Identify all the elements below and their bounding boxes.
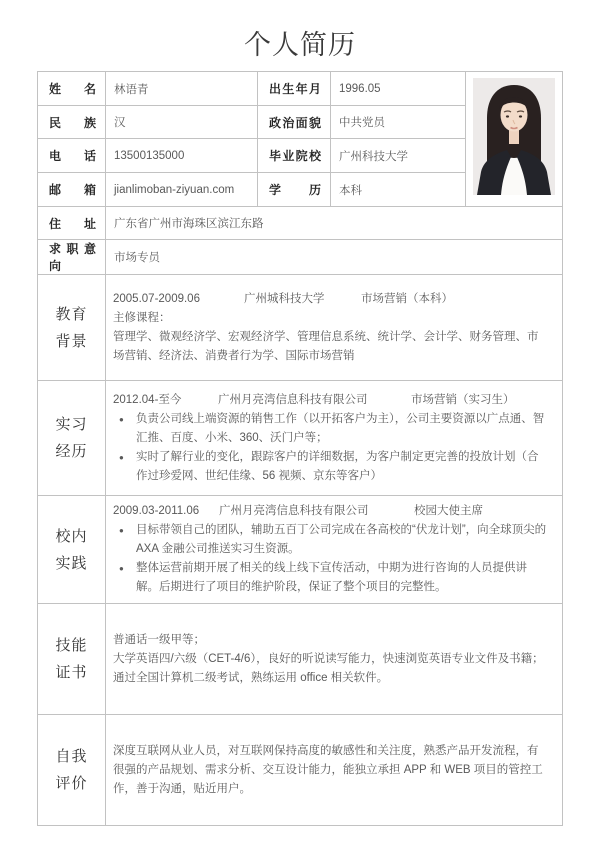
birth-label-cell: 出生年月 bbox=[258, 72, 331, 106]
section-skills: 技能 证书 普通话一级甲等； 大学英语四/六级（CET-4/6），良好的听说读写… bbox=[38, 604, 563, 715]
school-label-cell: 毕业院校 bbox=[258, 139, 331, 173]
birth-value: 1996.05 bbox=[331, 72, 466, 106]
email-label: 邮箱 bbox=[49, 181, 96, 198]
section-self-evaluation: 自我 评价 深度互联网从业人员，对互联网保持高度的敏感性和关注度，熟悉产品开发流… bbox=[38, 715, 563, 826]
self-evaluation-section-label: 自我 评价 bbox=[38, 715, 106, 826]
campus-label-line2: 实践 bbox=[38, 550, 105, 577]
internship-section-label: 实习 经历 bbox=[38, 381, 106, 496]
internship-role: 市场营销（实习生） bbox=[411, 391, 515, 410]
education-courses-title: 主修课程： bbox=[113, 309, 548, 328]
campus-role: 校园大使主席 bbox=[414, 502, 483, 521]
phone-label-cell: 电话 bbox=[38, 139, 106, 173]
address-label-cell: 住址 bbox=[38, 207, 106, 240]
phone-value: 13500135000 bbox=[106, 139, 258, 173]
self-evaluation-label-line1: 自我 bbox=[38, 743, 105, 770]
campus-header: 2009.03-2011.06广州月亮湾信息科技有限公司校园大使主席 bbox=[113, 502, 548, 521]
ethnicity-value: 汉 bbox=[106, 106, 258, 139]
self-evaluation-content: 深度互联网从业人员，对互联网保持高度的敏感性和关注度，熟悉产品开发流程，有很强的… bbox=[106, 715, 563, 826]
table-row: 姓名 林语青 出生年月 1996.05 bbox=[38, 72, 563, 106]
internship-label-line1: 实习 bbox=[38, 411, 105, 438]
internship-bullet: 负责公司线上端资源的销售工作（以开拓客户为主），公司主要资源以广点通、智汇推、百… bbox=[113, 410, 548, 448]
self-evaluation-text: 深度互联网从业人员，对互联网保持高度的敏感性和关注度，熟悉产品开发流程，有很强的… bbox=[113, 742, 548, 799]
education-label-line1: 教育 bbox=[38, 301, 105, 328]
skills-label-line2: 证书 bbox=[38, 659, 105, 686]
internship-header: 2012.04-至今广州月亮湾信息科技有限公司市场营销（实习生） bbox=[113, 391, 548, 410]
degree-value: 本科 bbox=[331, 173, 466, 207]
email-value: jianlimoban-ziyuan.com bbox=[106, 173, 258, 207]
education-section-label: 教育 背景 bbox=[38, 275, 106, 381]
campus-label-line1: 校内 bbox=[38, 523, 105, 550]
page-title: 个人简历 bbox=[0, 0, 600, 60]
skills-section-label: 技能 证书 bbox=[38, 604, 106, 715]
profile-photo bbox=[473, 78, 555, 195]
campus-bullet: 目标带领自己的团队，辅助五百丁公司完成在各高校的“伏龙计划”，向全球顶尖的 AX… bbox=[113, 521, 548, 559]
ethnicity-label-cell: 民族 bbox=[38, 106, 106, 139]
internship-label-line2: 经历 bbox=[38, 438, 105, 465]
ethnicity-label: 民族 bbox=[49, 114, 96, 131]
political-label-cell: 政治面貌 bbox=[258, 106, 331, 139]
internship-bullet: 实时了解行业的变化，跟踪客户的详细数据，为客户制定更完善的投放计划（合作过珍爱网… bbox=[113, 448, 548, 486]
birth-label: 出生年月 bbox=[269, 80, 321, 97]
education-period: 2005.07-2009.06 bbox=[113, 290, 244, 309]
section-campus: 校内 实践 2009.03-2011.06广州月亮湾信息科技有限公司校园大使主席… bbox=[38, 496, 563, 604]
table-row: 求职意向 市场专员 bbox=[38, 240, 563, 275]
school-label: 毕业院校 bbox=[269, 147, 321, 164]
name-value: 林语青 bbox=[106, 72, 258, 106]
objective-label: 求职意向 bbox=[49, 240, 96, 274]
education-major: 市场营销（本科） bbox=[361, 290, 453, 309]
education-content: 2005.07-2009.06广州城科技大学市场营销（本科） 主修课程： 管理学… bbox=[106, 275, 563, 381]
skills-line: 通过全国计算机二级考试，熟练运用 office 相关软件。 bbox=[113, 669, 548, 688]
section-internship: 实习 经历 2012.04-至今广州月亮湾信息科技有限公司市场营销（实习生） 负… bbox=[38, 381, 563, 496]
education-school: 广州城科技大学 bbox=[244, 290, 361, 309]
internship-content: 2012.04-至今广州月亮湾信息科技有限公司市场营销（实习生） 负责公司线上端… bbox=[106, 381, 563, 496]
objective-value: 市场专员 bbox=[106, 240, 563, 275]
phone-label: 电话 bbox=[49, 147, 96, 164]
address-label: 住址 bbox=[49, 215, 96, 232]
internship-company: 广州月亮湾信息科技有限公司 bbox=[218, 391, 411, 410]
school-value: 广州科技大学 bbox=[331, 139, 466, 173]
internship-period: 2012.04-至今 bbox=[113, 391, 218, 410]
address-value: 广东省广州市海珠区滨江东路 bbox=[106, 207, 563, 240]
campus-content: 2009.03-2011.06广州月亮湾信息科技有限公司校园大使主席 目标带领自… bbox=[106, 496, 563, 604]
education-label-line2: 背景 bbox=[38, 328, 105, 355]
education-header: 2005.07-2009.06广州城科技大学市场营销（本科） bbox=[113, 290, 548, 309]
skills-line: 大学英语四/六级（CET-4/6），良好的听说读写能力，快速浏览英语专业文件及书… bbox=[113, 650, 548, 669]
campus-bullet: 整体运营前期开展了相关的线上线下宣传活动，中期为进行咨询的人员提供讲解。后期进行… bbox=[113, 559, 548, 597]
resume-page: 个人简历 姓名 林语青 出生年月 1996.05 bbox=[0, 0, 600, 848]
photo-cell bbox=[466, 72, 563, 207]
resume-table: 姓名 林语青 出生年月 1996.05 bbox=[37, 71, 563, 826]
table-row: 住址 广东省广州市海珠区滨江东路 bbox=[38, 207, 563, 240]
skills-content: 普通话一级甲等； 大学英语四/六级（CET-4/6），良好的听说读写能力，快速浏… bbox=[106, 604, 563, 715]
degree-label: 学历 bbox=[269, 181, 321, 198]
campus-section-label: 校内 实践 bbox=[38, 496, 106, 604]
section-education: 教育 背景 2005.07-2009.06广州城科技大学市场营销（本科） 主修课… bbox=[38, 275, 563, 381]
campus-company: 广州月亮湾信息科技有限公司 bbox=[219, 502, 414, 521]
objective-label-cell: 求职意向 bbox=[38, 240, 106, 275]
skills-line: 普通话一级甲等； bbox=[113, 631, 548, 650]
self-evaluation-label-line2: 评价 bbox=[38, 770, 105, 797]
campus-period: 2009.03-2011.06 bbox=[113, 502, 219, 521]
political-label: 政治面貌 bbox=[269, 114, 321, 131]
skills-label-line1: 技能 bbox=[38, 632, 105, 659]
name-label: 姓名 bbox=[49, 80, 96, 97]
name-label-cell: 姓名 bbox=[38, 72, 106, 106]
degree-label-cell: 学历 bbox=[258, 173, 331, 207]
email-label-cell: 邮箱 bbox=[38, 173, 106, 207]
political-value: 中共党员 bbox=[331, 106, 466, 139]
education-courses-list: 管理学、微观经济学、宏观经济学、管理信息系统、统计学、会计学、财务管理、市场营销… bbox=[113, 328, 548, 366]
